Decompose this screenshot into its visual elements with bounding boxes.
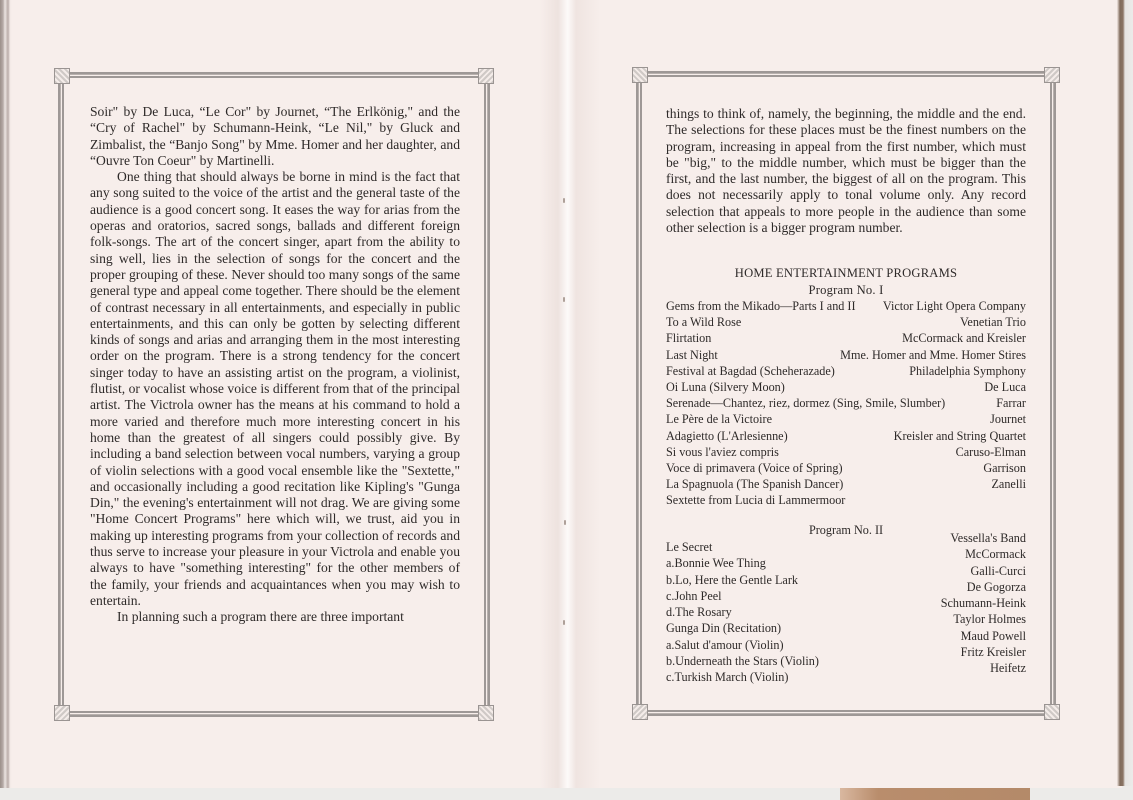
cardboard-backing-bottom [840,786,1030,800]
section-title: HOME ENTERTAINMENT PROGRAMS [666,266,1026,281]
artist-name: Heifetz [941,660,1026,676]
paper-speck [563,297,565,302]
selection-title: Si vous l'aviez compris [666,444,779,460]
program-2-artists: Vessella's Band McCormack Galli-Curci De… [941,530,1026,677]
program-item: d.The Rosary [666,604,819,620]
item-letter: b. [666,654,675,668]
frame-corner-ornament [1044,67,1060,83]
artist-name: Zanelli [991,476,1026,492]
artist-name: Farrar [996,395,1026,411]
selection-title: Serenade—Chantez, riez, dormez (Sing, Sm… [666,395,945,411]
program-item: b.Underneath the Stars (Violin) [666,653,819,669]
program-item: Si vous l'aviez comprisCaruso-Elman [666,444,1026,460]
right-page-edge [1117,0,1133,786]
artist-name: Taylor Holmes [941,611,1026,627]
selection-title: John Peel [674,589,721,603]
artist-name: Kreisler and String Quartet [894,428,1026,444]
program-item: Serenade—Chantez, riez, dormez (Sing, Sm… [666,395,1026,411]
paper-speck [563,198,565,203]
paragraph-concert-songs: One thing that should always be borne in… [90,169,460,609]
frame-corner-ornament [54,705,70,721]
artist-name: Garrison [983,460,1026,476]
program-item: Le Secret [666,539,819,555]
selection-title: Oi Luna (Silvery Moon) [666,379,785,395]
left-page-body-text: Soir" by De Luca, “Le Cor" by Journet, “… [90,104,460,626]
artist-name: Caruso-Elman [956,444,1026,460]
program-1-list: Gems from the Mikado—Parts I and IIVicto… [666,298,1026,508]
selection-title: Lo, Here the Gentle Lark [675,573,798,587]
program-item: Voce di primavera (Voice of Spring)Garri… [666,460,1026,476]
open-booklet: Soir" by De Luca, “Le Cor" by Journet, “… [0,0,1122,788]
frame-corner-ornament [632,704,648,720]
paragraph-beginning-middle-end: things to think of, namely, the beginnin… [666,106,1026,236]
selection-title: Last Night [666,347,718,363]
program-2: Program No. II Le Secret a.Bonnie Wee Th… [666,522,1026,688]
paper-speck [563,620,565,625]
program-item: c.John Peel [666,588,819,604]
program-item: b.Lo, Here the Gentle Lark [666,572,819,588]
paragraph-planning: In planning such a program there are thr… [90,609,460,625]
selection-title: The Rosary [675,605,732,619]
selection-title: Flirtation [666,330,711,346]
left-page-edge [0,0,12,788]
program-item: Adagietto (L'Arlesienne)Kreisler and Str… [666,428,1026,444]
program-item: Last NightMme. Homer and Mme. Homer Stir… [666,347,1026,363]
artist-name: Venetian Trio [960,314,1026,330]
selection-title: Gunga Din (Recitation) [666,621,781,635]
selection-title: Voce di primavera (Voice of Spring) [666,460,843,476]
selection-title: Gems from the Mikado—Parts I and II [666,298,856,314]
artist-name: De Gogorza [941,579,1026,595]
program-item: Gems from the Mikado—Parts I and IIVicto… [666,298,1026,314]
artist-name: De Luca [984,379,1026,395]
selection-title: La Spagnuola (The Spanish Dancer) [666,476,843,492]
artist-name: McCormack and Kreisler [902,330,1026,346]
artist-name: Maud Powell [941,628,1026,644]
program-item: La Spagnuola (The Spanish Dancer)Zanelli [666,476,1026,492]
selection-title: To a Wild Rose [666,314,741,330]
selection-title: Salut d'amour (Violin) [674,638,783,652]
program-item: Le Père de la VictoireJournet [666,411,1026,427]
selection-title: Turkish March (Violin) [674,670,788,684]
artist-name: Victor Light Opera Company [883,298,1026,314]
artist-name: Vessella's Band [941,530,1026,546]
program-1-title: Program No. I [666,283,1026,298]
selection-title: Le Père de la Victoire [666,411,772,427]
program-2-columns: Le Secret a.Bonnie Wee Thing b.Lo, Here … [666,538,1026,688]
program-item: To a Wild RoseVenetian Trio [666,314,1026,330]
program-item: Festival at Bagdad (Scheherazade)Philade… [666,363,1026,379]
artist-name: Galli-Curci [941,563,1026,579]
artist-name: McCormack [941,546,1026,562]
artist-name: Fritz Kreisler [941,644,1026,660]
selection-title: Festival at Bagdad (Scheherazade) [666,363,835,379]
artist-name: Philadelphia Symphony [909,363,1026,379]
program-item: Sextette from Lucia di Lammermoor [666,492,1026,508]
artist-name: Mme. Homer and Mme. Homer Stires [840,347,1026,363]
program-item: a.Salut d'amour (Violin) [666,637,819,653]
item-letter: d. [666,605,675,619]
artist-name: Schumann-Heink [941,595,1026,611]
program-item: a.Bonnie Wee Thing [666,555,819,571]
artist-name: Journet [990,411,1026,427]
selection-title: Sextette from Lucia di Lammermoor [666,492,845,508]
item-letter: b. [666,573,675,587]
program-item: Oi Luna (Silvery Moon)De Luca [666,379,1026,395]
scanned-booklet-spread: Soir" by De Luca, “Le Cor" by Journet, “… [0,0,1133,800]
right-page-intro-text: things to think of, namely, the beginnin… [666,106,1026,236]
program-2-selections: Le Secret a.Bonnie Wee Thing b.Lo, Here … [666,539,819,686]
paper-speck [564,520,566,525]
program-item: c.Turkish March (Violin) [666,669,819,685]
program-item: Gunga Din (Recitation) [666,620,819,636]
selection-title: Bonnie Wee Thing [674,556,765,570]
paragraph-continued: Soir" by De Luca, “Le Cor" by Journet, “… [90,104,460,169]
selection-title: Adagietto (L'Arlesienne) [666,428,788,444]
selection-title: Le Secret [666,540,712,554]
program-item: FlirtationMcCormack and Kreisler [666,330,1026,346]
frame-corner-ornament [478,68,494,84]
selection-title: Underneath the Stars (Violin) [675,654,819,668]
